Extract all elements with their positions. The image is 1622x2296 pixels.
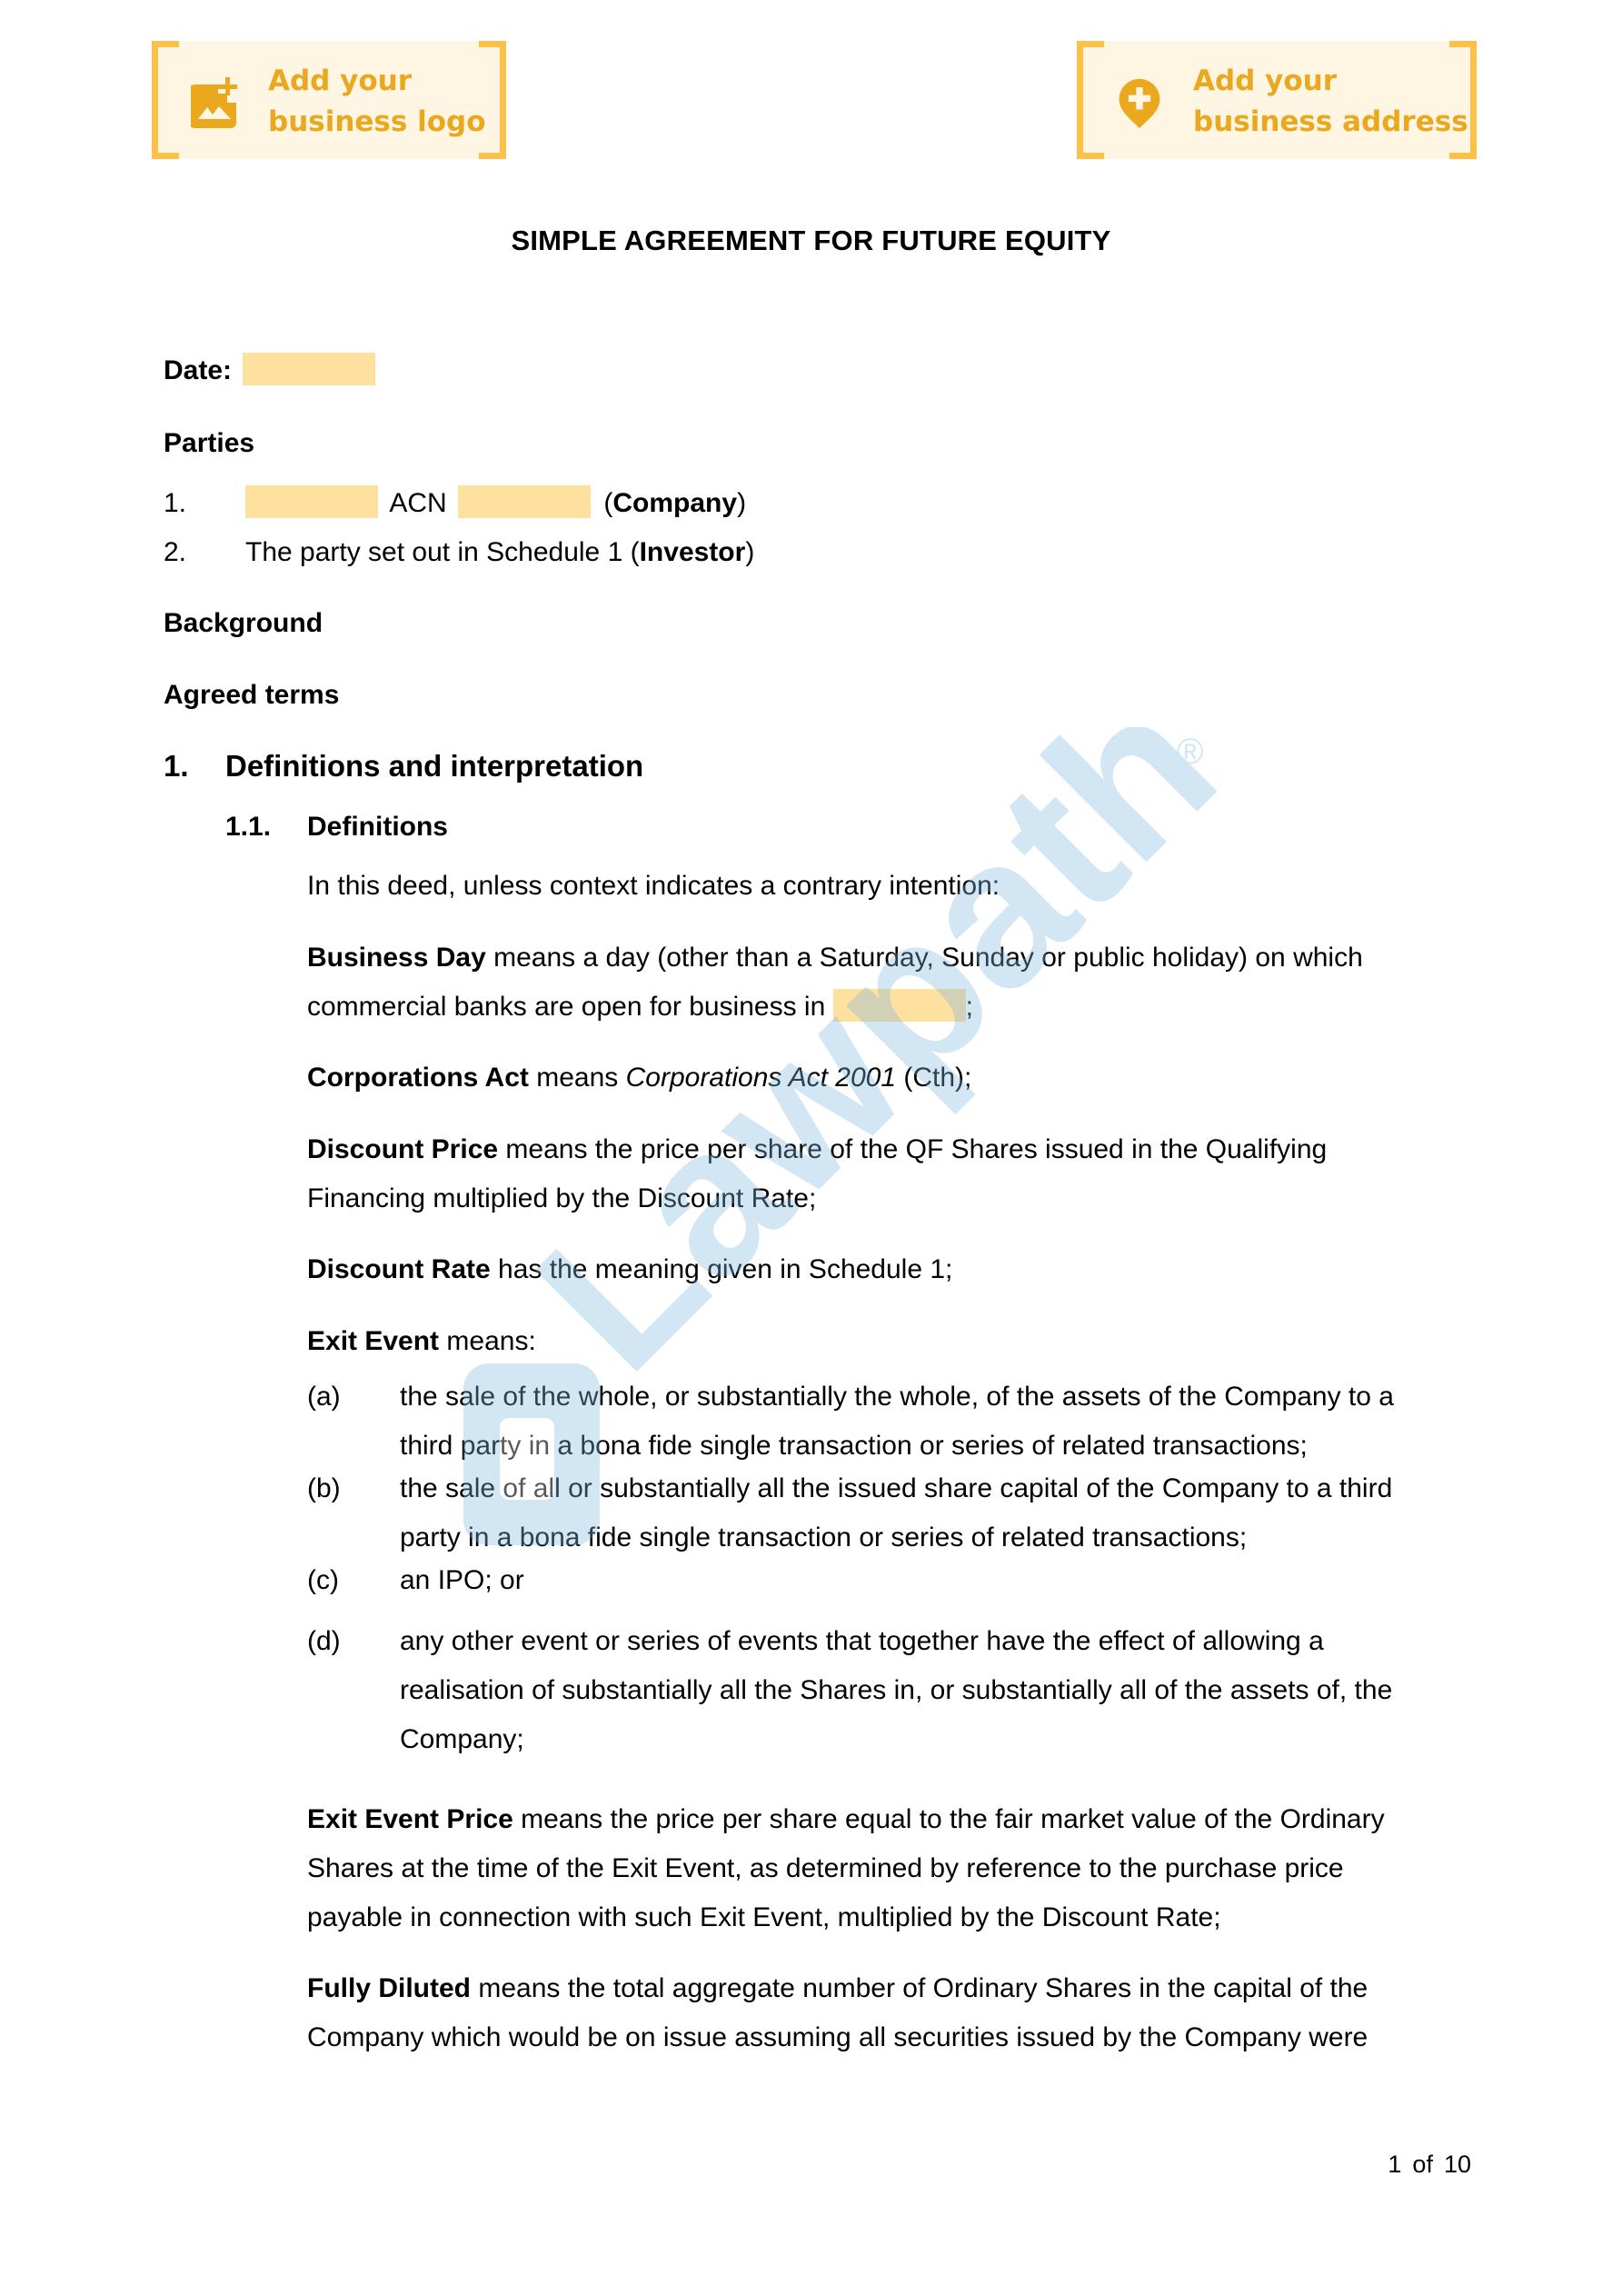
definition-corporations-act: Corporations Act means Corporations Act … [307, 1060, 971, 1096]
address-placeholder-text: Add your business address [1193, 61, 1468, 143]
definition-text: means the total aggregate number of Ordi… [471, 1973, 1368, 2003]
term-business-day: Business Day [307, 943, 486, 973]
bracket-left [1077, 41, 1104, 159]
section-1-title: Definitions and interpretation [225, 748, 643, 784]
parties-heading: Parties [164, 425, 254, 462]
definition-exit-event-price-line2: Shares at the time of the Exit Event, as… [307, 1851, 1344, 1887]
page-number: 1of10 [1382, 2151, 1477, 2179]
date-field[interactable] [243, 353, 375, 385]
page-of: of [1412, 2151, 1433, 2178]
exit-event-item-text: party in a bona fide single transaction … [400, 1520, 1247, 1556]
section-1-number: 1. [164, 748, 189, 784]
exit-event-item-text: Company; [400, 1722, 524, 1758]
definition-exit-event-price-line3: payable in connection with such Exit Eve… [307, 1900, 1221, 1936]
exit-event-item-label: (c) [307, 1562, 339, 1599]
company-role: Company [612, 488, 737, 518]
address-placeholder-line2: business address [1193, 102, 1468, 143]
paren-open: ( [603, 488, 612, 518]
document-title: SIMPLE AGREEMENT FOR FUTURE EQUITY [0, 225, 1622, 257]
term-discount-price: Discount Price [307, 1134, 498, 1164]
definition-business-day-line2: commercial banks are open for business i… [307, 989, 973, 1025]
exit-event-item-label: (b) [307, 1471, 341, 1507]
company-name-field[interactable] [245, 485, 378, 518]
address-placeholder-line1: Add your [1193, 61, 1468, 102]
term-fully-diluted: Fully Diluted [307, 1973, 471, 2003]
definition-fully-diluted: Fully Diluted means the total aggregate … [307, 1971, 1368, 2007]
definition-discount-price-line2: Financing multiplied by the Discount Rat… [307, 1181, 816, 1217]
page-total: 10 [1444, 2151, 1471, 2178]
party-1-number: 1. [164, 485, 186, 522]
party-2-number: 2. [164, 534, 186, 571]
investor-role: Investor [640, 537, 746, 567]
definition-business-day: Business Day means a day (other than a S… [307, 940, 1363, 976]
bracket-left [152, 41, 179, 159]
agreed-terms-heading: Agreed terms [164, 677, 339, 714]
definition-text: means [529, 1063, 626, 1093]
term-exit-event: Exit Event [307, 1326, 439, 1356]
definition-fully-diluted-line2: Company which would be on issue assuming… [307, 2020, 1368, 2056]
acn-field[interactable] [458, 485, 591, 518]
definition-text: means a day (other than a Saturday, Sund… [486, 943, 1363, 973]
logo-placeholder-line1: Add your [268, 61, 486, 102]
exit-event-item-text: third party in a bona fide single transa… [400, 1428, 1308, 1464]
definition-text: means the price per share equal to the f… [513, 1804, 1385, 1834]
logo-placeholder-text: Add your business logo [268, 61, 486, 143]
exit-event-item-label: (d) [307, 1623, 341, 1660]
date-line: Date: [164, 353, 375, 389]
term-exit-event-price: Exit Event Price [307, 1804, 513, 1834]
paren-close: ) [745, 537, 754, 567]
add-business-address-placeholder[interactable]: Add your business address [1077, 41, 1477, 159]
background-heading: Background [164, 605, 323, 642]
definition-text: has the meaning given in Schedule 1; [491, 1254, 953, 1284]
exit-event-item-label: (a) [307, 1379, 341, 1415]
party-1: ACN (Company) [245, 485, 746, 522]
add-business-logo-placeholder[interactable]: Add your business logo [152, 41, 506, 159]
page-current: 1 [1388, 2151, 1401, 2178]
semicolon: ; [966, 992, 973, 1022]
svg-text:®: ® [1177, 732, 1203, 772]
image-plus-icon [191, 77, 238, 128]
exit-event-item-text: realisation of substantially all the Sha… [400, 1672, 1392, 1709]
date-label: Date: [164, 355, 232, 385]
party-2-text: The party set out in Schedule 1 ( [245, 537, 640, 567]
party-2: The party set out in Schedule 1 (Investo… [245, 534, 754, 571]
logo-placeholder-line2: business logo [268, 102, 486, 143]
acn-label: ACN [389, 488, 446, 518]
business-day-location-field[interactable] [833, 989, 966, 1022]
subsection-1-1-number: 1.1. [225, 809, 271, 845]
exit-event-item-text: the sale of the whole, or substantially … [400, 1379, 1394, 1415]
term-corporations-act: Corporations Act [307, 1063, 529, 1093]
paren-close: ) [737, 488, 746, 518]
exit-event-item-text: an IPO; or [400, 1562, 524, 1599]
exit-event-item-text: the sale of all or substantially all the… [400, 1471, 1392, 1507]
definition-text: means: [439, 1326, 536, 1356]
definition-exit-event-price: Exit Event Price means the price per sha… [307, 1802, 1385, 1838]
definition-text: commercial banks are open for business i… [307, 992, 833, 1022]
act-name: Corporations Act 2001 [626, 1063, 896, 1093]
definition-text: (Cth); [896, 1063, 971, 1093]
definition-discount-price: Discount Price means the price per share… [307, 1132, 1327, 1168]
term-discount-rate: Discount Rate [307, 1254, 491, 1284]
subsection-1-1-title: Definitions [307, 809, 448, 845]
map-pin-plus-icon [1116, 77, 1163, 128]
definition-text: means the price per share of the QF Shar… [498, 1134, 1327, 1164]
definitions-intro: In this deed, unless context indicates a… [307, 868, 1000, 904]
definition-exit-event: Exit Event means: [307, 1323, 536, 1360]
exit-event-item-text: any other event or series of events that… [400, 1623, 1324, 1660]
definition-discount-rate: Discount Rate has the meaning given in S… [307, 1252, 952, 1288]
